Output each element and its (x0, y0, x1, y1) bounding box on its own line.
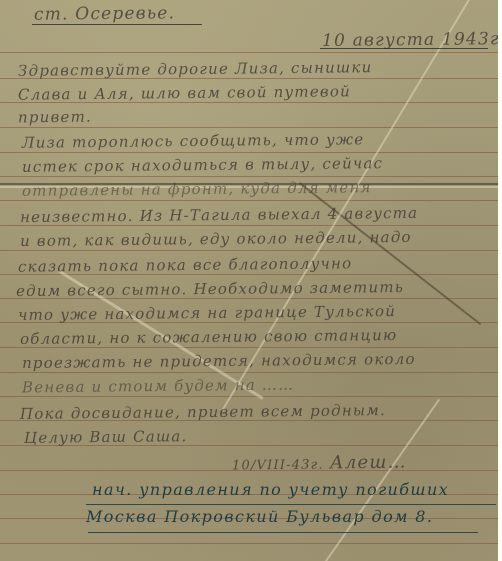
date-underline (320, 48, 488, 49)
body-line: Целую Ваш Саша. (24, 427, 188, 447)
address-line-2: Москва Покровский Бульвар дом 8. (86, 507, 433, 526)
ruled-line (0, 127, 498, 128)
body-line: сказать пока пока все благополучно (18, 254, 352, 276)
place-underline (32, 24, 202, 25)
body-line: привет. (18, 108, 92, 127)
address-underline-2 (88, 532, 478, 533)
ruled-line (0, 372, 498, 373)
ruled-line (0, 543, 498, 544)
ruled-line (0, 250, 498, 251)
body-line: отправлены на фронт, куда для меня (22, 178, 372, 200)
address-underline-1 (86, 504, 496, 505)
body-line: Лиза тороплюсь сообщить, что уже (22, 130, 364, 152)
ruled-line (0, 152, 498, 153)
body-line: Пока досвидание, привет всем родным. (20, 401, 386, 423)
ruled-line (0, 176, 498, 177)
letter-sheet: ст. Осеревье. 10 августа 1943г. Здравств… (0, 0, 498, 561)
body-line: и вот, как видишь, еду около недели, над… (20, 228, 412, 250)
body-line: Венева и стоим будем на …… (22, 376, 294, 397)
body-line: проезжать не придется, находимся около (22, 350, 416, 372)
place-heading: ст. Осеревье. (34, 3, 175, 24)
scan-edge (498, 0, 502, 561)
body-line: едим всего сытно. Необходимо заметить (16, 278, 404, 300)
signature-date: 10/VIII-43г. (232, 458, 324, 474)
body-line: неизвестно. Из Н-Тагила выехал 4 августа (20, 204, 418, 226)
address-line-1: нач. управления по учету погибших (92, 480, 449, 499)
ruled-line (0, 52, 498, 53)
body-line: истек срок находиться в тылу, сейчас (22, 154, 383, 176)
body-line: Слава и Аля, шлю вам свой путевой (18, 82, 351, 103)
signature-name: Алеш… (330, 452, 407, 474)
body-line: области, но к сожалению свою станцию (20, 326, 398, 348)
ruled-line (0, 200, 498, 201)
body-line: что уже находимся на границе Тульской (18, 302, 396, 324)
body-line: Здравствуйте дорогие Лиза, сынишки (18, 58, 373, 80)
ruled-line (0, 396, 498, 397)
